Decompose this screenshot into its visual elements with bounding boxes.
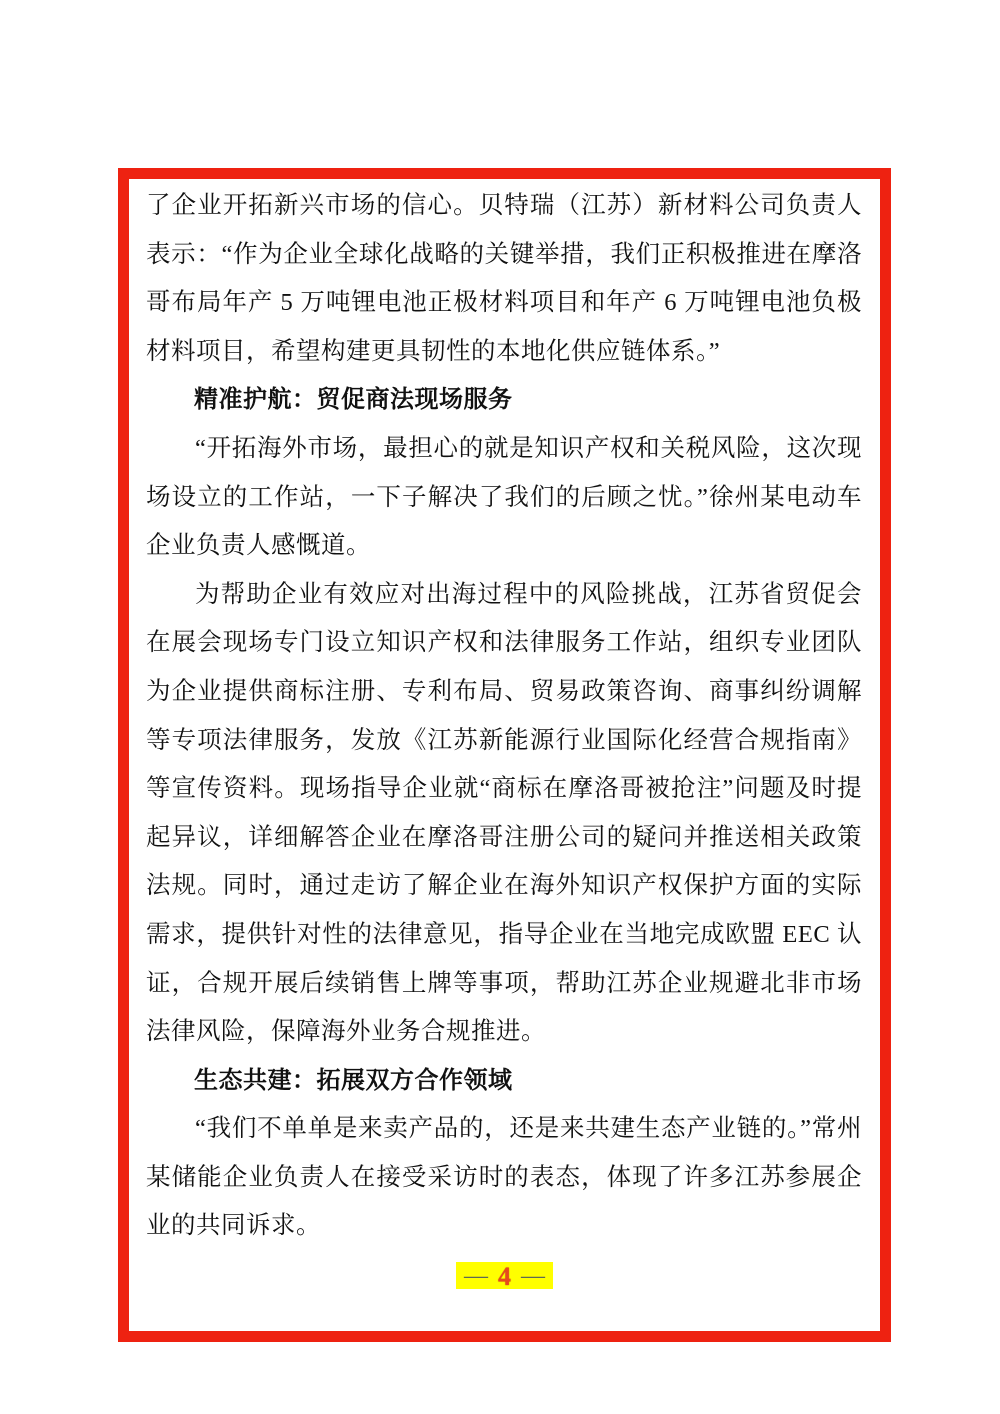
paragraph-quote-changzhou: “我们不单单是来卖产品的，还是来共建生态产业链的。”常州某储能企业负责人在接受采… — [146, 1105, 862, 1251]
paragraph-quote-xuzhou: “开拓海外市场，最担心的就是知识产权和关税风险，这次现场设立的工作站，一下子解决… — [146, 425, 862, 571]
page-number-dash-right: — — [521, 1263, 545, 1289]
page-number: — 4 — — [129, 1262, 880, 1289]
page-number-value: 4 — [498, 1262, 511, 1291]
section-heading-legal-service: 精准护航：贸促商法现场服务 — [146, 376, 862, 425]
red-border-frame: 了企业开拓新兴市场的信心。贝特瑞（江苏）新材料公司负责人表示：“作为企业全球化战… — [118, 168, 891, 1342]
section-heading-eco-cooperation: 生态共建：拓展双方合作领域 — [146, 1057, 862, 1106]
page-number-dash-left: — — [464, 1263, 488, 1289]
document-page: 了企业开拓新兴市场的信心。贝特瑞（江苏）新材料公司负责人表示：“作为企业全球化战… — [0, 0, 1000, 1414]
paragraph-continuation: 了企业开拓新兴市场的信心。贝特瑞（江苏）新材料公司负责人表示：“作为企业全球化战… — [146, 182, 862, 376]
paragraph-legal-workstation: 为帮助企业有效应对出海过程中的风险挑战，江苏省贸促会在展会现场专门设立知识产权和… — [146, 571, 862, 1057]
page-number-highlight: — 4 — — [456, 1262, 553, 1289]
